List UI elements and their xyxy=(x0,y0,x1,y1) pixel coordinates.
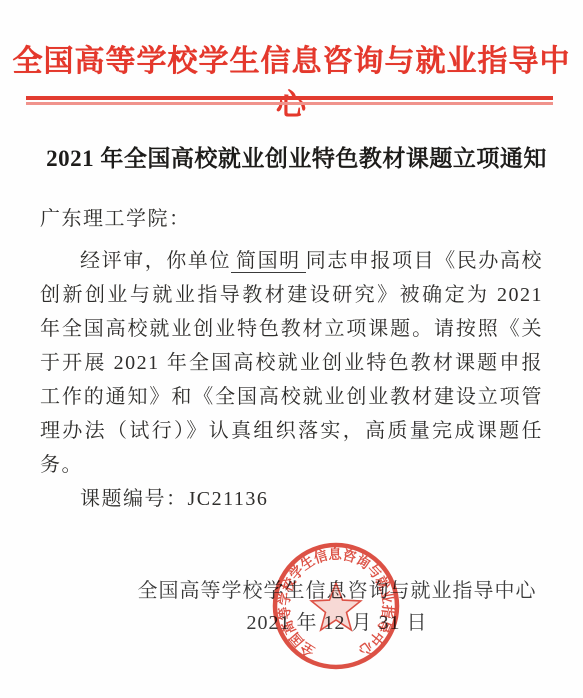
recipient-name-underlined: 简国明 xyxy=(231,250,306,273)
letterhead-divider xyxy=(26,96,553,105)
letterhead-org-name: 全国高等学校学生信息咨询与就业指导中心 xyxy=(0,36,583,124)
signature-date: 2021 年 12 月 31 日 xyxy=(100,606,574,640)
notice-body: 广东理工学院： 经评审，你单位简国明同志申报项目《民办高校创新创业与就业指导教材… xyxy=(40,202,543,516)
signature-block: 全国高等学校学生信息咨询与就业指导中心 2021 年 12 月 31 日 xyxy=(100,576,574,640)
notice-document-page: 全国高等学校学生信息咨询与就业指导中心 2021 年全国高校就业创业特色教材课题… xyxy=(0,0,583,698)
body-text-before-name: 经评审，你单位 xyxy=(80,250,231,272)
salutation: 广东理工学院： xyxy=(40,202,543,236)
notice-title: 2021 年全国高校就业创业特色教材课题立项通知 xyxy=(30,140,563,173)
signature-org-name: 全国高等学校学生信息咨询与就业指导中心 xyxy=(100,576,574,606)
project-number-line: 课题编号：JC21136 xyxy=(40,482,543,516)
divider-thin-line xyxy=(26,102,553,105)
body-text-after-name: 同志申报项目《民办高校创新创业与就业指导教材建设研究》被确定为 2021 年全国… xyxy=(40,250,543,476)
body-paragraph: 经评审，你单位简国明同志申报项目《民办高校创新创业与就业指导教材建设研究》被确定… xyxy=(40,244,543,482)
